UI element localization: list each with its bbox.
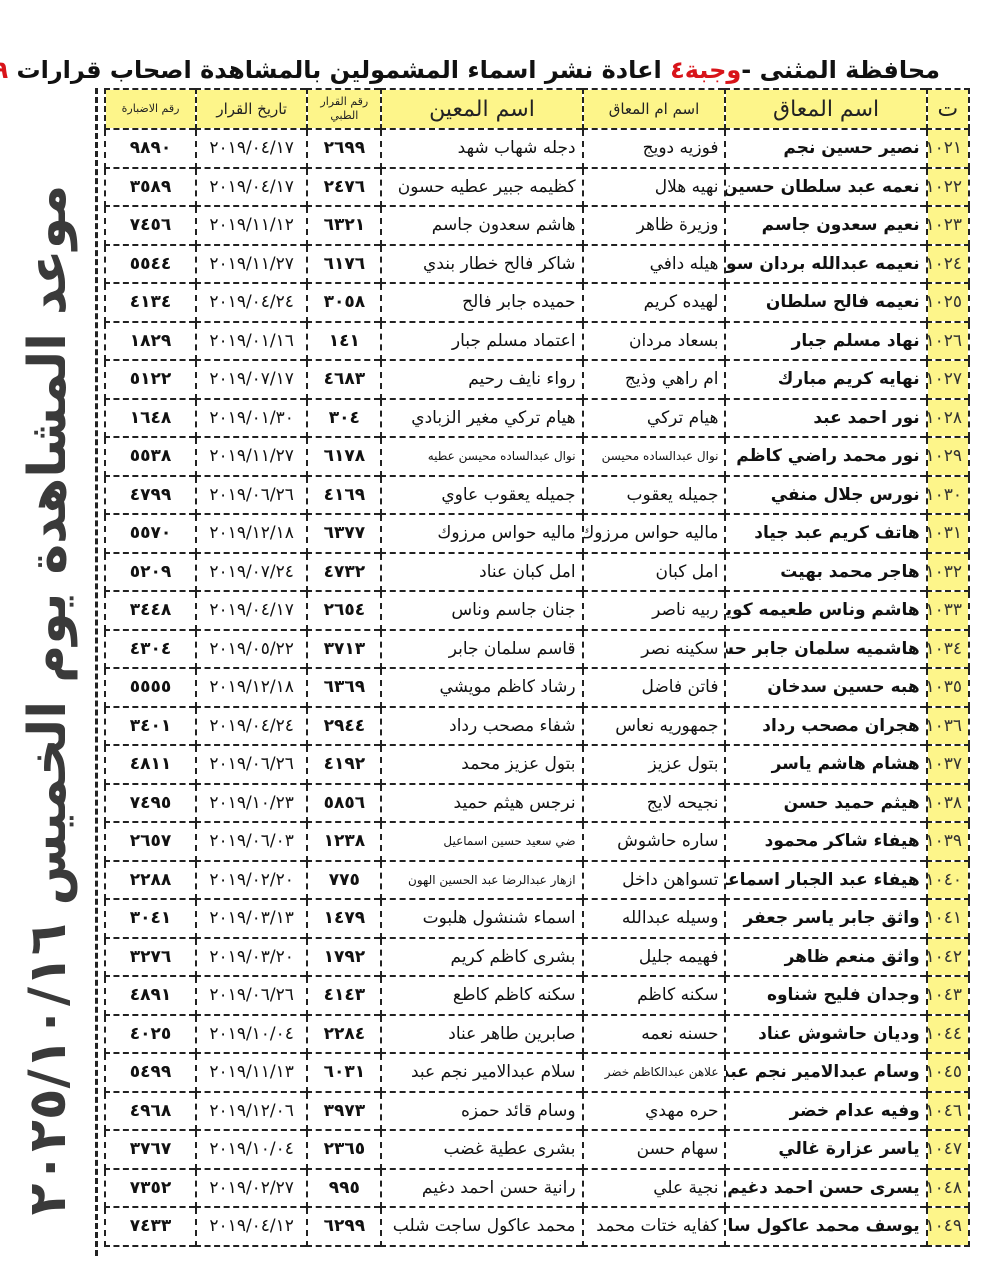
row-file-no: ٤٧٩٩ [105,476,196,515]
row-decision-date: ٢٠١٩/٠٤/٢٤ [196,283,307,322]
title-year: ٢٠١٩ [0,56,8,84]
table-row: ١٠٤٦وفيه عدام خضرحره مهديوسام قائد حمزه٣… [105,1092,969,1131]
row-seq: ١٠٤٣ [927,976,969,1015]
row-helper-name: ضي سعيد حسين اسماعيل [381,822,582,861]
row-medical-decision-no: ٢٦٥٤ [307,591,381,630]
row-seq: ١٠٢١ [927,129,969,168]
row-mother-name: لهيده كريم [583,283,726,322]
table-row: ١٠٤٤وديان حاشوش عنادحسنه نعمهصابرين طاهر… [105,1015,969,1054]
row-disabled-name: نعمه عبد سلطان حسين [725,168,926,207]
row-decision-date: ٢٠١٩/٠٣/١٣ [196,899,307,938]
viewing-date-banner: موعد المشاهدة يوم الخميس ٢٠٢٥/١٠/١٦ [8,150,88,1250]
row-mother-name: كفايه ختات محمد [583,1207,726,1246]
row-medical-decision-no: ٦١٧٦ [307,245,381,284]
row-medical-decision-no: ٦٣٧٧ [307,514,381,553]
row-helper-name: شفاء مصحب رداد [381,707,582,746]
row-medical-decision-no: ٦١٧٨ [307,437,381,476]
row-medical-decision-no: ٧٧٥ [307,861,381,900]
row-disabled-name: وسام عبدالامير نجم عبد [725,1053,926,1092]
row-file-no: ٢٦٥٧ [105,822,196,861]
row-medical-decision-no: ٤١٦٩ [307,476,381,515]
row-seq: ١٠٣٣ [927,591,969,630]
row-decision-date: ٢٠١٩/١١/١٣ [196,1053,307,1092]
row-file-no: ٧٤٣٣ [105,1207,196,1246]
row-medical-decision-no: ٣٧١٣ [307,630,381,669]
row-seq: ١٠٢٩ [927,437,969,476]
title-part2: اعادة نشر اسماء المشمولين بالمشاهدة اصحا… [8,56,670,84]
row-decision-date: ٢٠١٩/١٠/٢٣ [196,784,307,823]
row-disabled-name: واثق جابر ياسر جعفر [725,899,926,938]
viewing-date-text: موعد المشاهدة يوم الخميس ٢٠٢٥/١٠/١٦ [18,185,78,1216]
row-file-no: ٣٠٤١ [105,899,196,938]
table-row: ١٠٣٢هاجر محمد بهيتامل كبانامل كبان عناد٤… [105,553,969,592]
row-file-no: ٥٥٥٥ [105,668,196,707]
row-mother-name: حره مهدي [583,1092,726,1131]
row-medical-decision-no: ٢٢٨٤ [307,1015,381,1054]
row-helper-name: محمد عاكول ساجت شلب [381,1207,582,1246]
row-medical-decision-no: ٣٩٧٣ [307,1092,381,1131]
row-medical-decision-no: ٢٤٧٦ [307,168,381,207]
row-disabled-name: وفيه عدام خضر [725,1092,926,1131]
col-header-helper-name: اسم المعين [381,89,582,129]
row-helper-name: هاشم سعدون جاسم [381,206,582,245]
row-mother-name: بتول عزيز [583,745,726,784]
row-medical-decision-no: ٤١٤٣ [307,976,381,1015]
row-seq: ١٠٣٤ [927,630,969,669]
row-mother-name: نوال عبدالساده محيسن [583,437,726,476]
row-medical-decision-no: ١٤١ [307,322,381,361]
row-seq: ١٠٢٨ [927,399,969,438]
row-seq: ١٠٣٦ [927,707,969,746]
row-disabled-name: نور احمد عبد [725,399,926,438]
table-row: ١٠٢٩نور محمد راضي كاظمنوال عبدالساده محي… [105,437,969,476]
row-decision-date: ٢٠١٩/٠١/١٦ [196,322,307,361]
row-helper-name: بتول عزيز محمد [381,745,582,784]
row-seq: ١٠٤١ [927,899,969,938]
row-seq: ١٠٢٥ [927,283,969,322]
table-row: ١٠٢٥نعيمه فالح سلطانلهيده كريمحميده جابر… [105,283,969,322]
row-mother-name: وزيرة ظاهر [583,206,726,245]
row-medical-decision-no: ٣٠٤ [307,399,381,438]
col-header-seq: ت [927,89,969,129]
table-row: ١٠٢٦نهاد مسلم جباربسعاد مرداناعتماد مسلم… [105,322,969,361]
row-helper-name: ازهار عبدالرضا عبد الحسين الهون [381,861,582,900]
table-row: ١٠٣٧هشام هاشم ياسربتول عزيزبتول عزيز محم… [105,745,969,784]
row-seq: ١٠٢٢ [927,168,969,207]
row-medical-decision-no: ٤٦٨٣ [307,360,381,399]
row-mother-name: سهام حسن [583,1130,726,1169]
row-mother-name: ام راهي وذيج [583,360,726,399]
row-helper-name: بشرى كاظم كريم [381,938,582,977]
row-disabled-name: هاتف كريم عبد جياد [725,514,926,553]
row-mother-name: نهيه هلال [583,168,726,207]
beneficiaries-table: ت اسم المعاق اسم ام المعاق اسم المعين رق… [104,88,970,1247]
row-file-no: ٤٣٠٤ [105,630,196,669]
row-medical-decision-no: ١٤٧٩ [307,899,381,938]
row-disabled-name: نور محمد راضي كاظم [725,437,926,476]
row-mother-name: وسيله عبدالله [583,899,726,938]
row-file-no: ٤١٣٤ [105,283,196,322]
row-medical-decision-no: ١٧٩٢ [307,938,381,977]
row-helper-name: صابرين طاهر عناد [381,1015,582,1054]
table-row: ١٠٤٣وجدان فليح شناوهسكنه كاظمسكنه كاظم ك… [105,976,969,1015]
row-decision-date: ٢٠١٩/١٢/٠٦ [196,1092,307,1131]
table-row: ١٠٤١واثق جابر ياسر جعفروسيله عبداللهاسما… [105,899,969,938]
row-decision-date: ٢٠١٩/٠٢/٢٧ [196,1169,307,1208]
row-disabled-name: نورس جلال منفي [725,476,926,515]
row-decision-date: ٢٠١٩/٠١/٣٠ [196,399,307,438]
row-helper-name: ماليه حواس مرزوك [381,514,582,553]
row-decision-date: ٢٠١٩/٠٤/٢٤ [196,707,307,746]
table-body: ١٠٢١نصير حسين نجمفوزيه دويجدجله شهاب شهد… [105,129,969,1246]
row-helper-name: اسماء شنشول هلبوت [381,899,582,938]
row-file-no: ٧٣٥٢ [105,1169,196,1208]
table-row: ١٠٣١هاتف كريم عبد جيادماليه حواس مرزوكما… [105,514,969,553]
row-helper-name: هيام تركي مغير الزبادي [381,399,582,438]
row-medical-decision-no: ٢٩٤٤ [307,707,381,746]
row-mother-name: نجية علي [583,1169,726,1208]
table-row: ١٠٣٤هاشميه سلمان جابر حسنسكينه نصرقاسم س… [105,630,969,669]
table-row: ١٠٢١نصير حسين نجمفوزيه دويجدجله شهاب شهد… [105,129,969,168]
row-helper-name: دجله شهاب شهد [381,129,582,168]
row-seq: ١٠٤٥ [927,1053,969,1092]
row-file-no: ٥٥٣٨ [105,437,196,476]
row-mother-name: ساره حاشوش [583,822,726,861]
row-medical-decision-no: ٦٢٩٩ [307,1207,381,1246]
row-disabled-name: نهاد مسلم جبار [725,322,926,361]
row-seq: ١٠٤٢ [927,938,969,977]
row-disabled-name: نصير حسين نجم [725,129,926,168]
row-mother-name: امل كبان [583,553,726,592]
row-file-no: ٥٤٩٩ [105,1053,196,1092]
row-disabled-name: وديان حاشوش عناد [725,1015,926,1054]
table-row: ١٠٢٨نور احمد عبدهيام تركيهيام تركي مغير … [105,399,969,438]
col-header-disabled-name: اسم المعاق [725,89,926,129]
row-decision-date: ٢٠١٩/٠٤/١٢ [196,1207,307,1246]
table-row: ١٠٤٥وسام عبدالامير نجم عبدعلاهن عبدالكاظ… [105,1053,969,1092]
row-helper-name: كظيمه جبير عطيه حسون [381,168,582,207]
table-row: ١٠٣٥هبه حسين سدخانفاتن فاضلرشاد كاظم موي… [105,668,969,707]
row-decision-date: ٢٠١٩/١٢/١٨ [196,668,307,707]
row-disabled-name: هاجر محمد بهيت [725,553,926,592]
row-decision-date: ٢٠١٩/٠٦/٢٦ [196,745,307,784]
row-medical-decision-no: ٢٦٩٩ [307,129,381,168]
row-mother-name: ماليه حواس مرزوك [583,514,726,553]
row-medical-decision-no: ٦٠٣١ [307,1053,381,1092]
row-seq: ١٠٤٨ [927,1169,969,1208]
row-file-no: ٣٢٧٦ [105,938,196,977]
row-seq: ١٠٣٩ [927,822,969,861]
row-disabled-name: ياسر عزارة غالي [725,1130,926,1169]
row-helper-name: شاكر فالح خطار بندي [381,245,582,284]
row-decision-date: ٢٠١٩/٠٦/٢٦ [196,476,307,515]
row-file-no: ٣٥٨٩ [105,168,196,207]
row-medical-decision-no: ٥٨٥٦ [307,784,381,823]
row-mother-name: سكينه نصر [583,630,726,669]
table-row: ١٠٢٤نعيمه عبدالله بردان سواديهيله دافيشا… [105,245,969,284]
row-file-no: ٧٤٩٥ [105,784,196,823]
row-disabled-name: نعيم سعدون جاسم [725,206,926,245]
row-disabled-name: نعيمه فالح سلطان [725,283,926,322]
table-row: ١٠٢٣نعيم سعدون جاسموزيرة ظاهرهاشم سعدون … [105,206,969,245]
row-helper-name: رشاد كاظم مويشي [381,668,582,707]
row-disabled-name: هشام هاشم ياسر [725,745,926,784]
row-medical-decision-no: ٤٧٣٢ [307,553,381,592]
table-row: ١٠٤٨يسرى حسن احمد دغيمنجية عليرانية حسن … [105,1169,969,1208]
row-seq: ١٠٣٢ [927,553,969,592]
row-medical-decision-no: ١٢٣٨ [307,822,381,861]
row-disabled-name: واثق منعم ظاهر [725,938,926,977]
row-helper-name: جنان جاسم وناس [381,591,582,630]
row-medical-decision-no: ٦٣٢١ [307,206,381,245]
row-helper-name: سلام عبدالامير نجم عبد [381,1053,582,1092]
row-helper-name: بشرى عطية غضب [381,1130,582,1169]
row-medical-decision-no: ٦٣٦٩ [307,668,381,707]
table-header-row: ت اسم المعاق اسم ام المعاق اسم المعين رق… [105,89,969,129]
col-header-decision-date: تاريخ القرار [196,89,307,129]
row-decision-date: ٢٠١٩/١١/١٢ [196,206,307,245]
table-row: ١٠٣٦هجران مصحب ردادجمهوريه نعاسشفاء مصحب… [105,707,969,746]
row-medical-decision-no: ٢٣٦٥ [307,1130,381,1169]
row-medical-decision-no: ٩٩٥ [307,1169,381,1208]
table-row: ١٠٤٩يوسف محمد عاكول ساجتكفايه ختات محمدم… [105,1207,969,1246]
row-mother-name: هيام تركي [583,399,726,438]
table-row: ١٠٤٢واثق منعم ظاهرفهيمه جليلبشرى كاظم كر… [105,938,969,977]
title-batch: وجبة٤ [670,56,741,84]
row-mother-name: حسنه نعمه [583,1015,726,1054]
row-disabled-name: نهايه كريم مبارك [725,360,926,399]
row-seq: ١٠٢٦ [927,322,969,361]
row-file-no: ٩٨٩٠ [105,129,196,168]
page-title: محافظة المثنى -وجبة٤ اعادة نشر اسماء الم… [60,52,940,88]
row-seq: ١٠٣١ [927,514,969,553]
row-decision-date: ٢٠١٩/١٢/١٨ [196,514,307,553]
row-disabled-name: هبه حسين سدخان [725,668,926,707]
row-helper-name: وسام قائد حمزه [381,1092,582,1131]
col-header-mother-name: اسم ام المعاق [583,89,726,129]
row-mother-name: جمهوريه نعاس [583,707,726,746]
row-medical-decision-no: ٤١٩٢ [307,745,381,784]
row-decision-date: ٢٠١٩/١٠/٠٤ [196,1015,307,1054]
row-disabled-name: يسرى حسن احمد دغيم [725,1169,926,1208]
row-seq: ١٠٢٤ [927,245,969,284]
row-file-no: ٤٨٩١ [105,976,196,1015]
row-decision-date: ٢٠١٩/٠٤/١٧ [196,168,307,207]
row-mother-name: فاتن فاضل [583,668,726,707]
table-row: ١٠٣٠نورس جلال منفيجميله يعقوبجميله يعقوب… [105,476,969,515]
row-decision-date: ٢٠١٩/٠٧/١٧ [196,360,307,399]
table-row: ١٠٣٨هيثم حميد حسننجيحه لايجنرجس هيثم حمي… [105,784,969,823]
row-file-no: ٥٥٧٠ [105,514,196,553]
row-mother-name: تسواهن داخل [583,861,726,900]
row-mother-name: سكنه كاظم [583,976,726,1015]
row-mother-name: نجيحه لايج [583,784,726,823]
row-mother-name: علاهن عبدالكاظم خضر [583,1053,726,1092]
row-seq: ١٠٣٠ [927,476,969,515]
row-file-no: ٧٤٥٦ [105,206,196,245]
row-decision-date: ٢٠١٩/٠٦/٢٦ [196,976,307,1015]
row-decision-date: ٢٠١٩/١١/٢٧ [196,245,307,284]
row-mother-name: فوزيه دويج [583,129,726,168]
row-decision-date: ٢٠١٩/٠٣/٢٠ [196,938,307,977]
side-divider [95,88,98,1256]
row-decision-date: ٢٠١٩/١٠/٠٤ [196,1130,307,1169]
row-seq: ١٠٢٧ [927,360,969,399]
row-helper-name: نرجس هيثم حميد [381,784,582,823]
row-seq: ١٠٤٦ [927,1092,969,1131]
row-helper-name: قاسم سلمان جابر [381,630,582,669]
row-file-no: ٥١٢٢ [105,360,196,399]
row-decision-date: ٢٠١٩/٠٥/٢٢ [196,630,307,669]
row-seq: ١٠٤٧ [927,1130,969,1169]
row-seq: ١٠٤٩ [927,1207,969,1246]
row-decision-date: ٢٠١٩/٠٧/٢٤ [196,553,307,592]
row-mother-name: هيله دافي [583,245,726,284]
row-file-no: ٣٧٦٧ [105,1130,196,1169]
table-row: ١٠٤٠هيفاء عبد الجبار اسماعيلتسواهن داخلا… [105,861,969,900]
row-helper-name: امل كبان عناد [381,553,582,592]
table-row: ١٠٣٣هاشم وناس طعيمه كويمربيه ناصرجنان جا… [105,591,969,630]
row-disabled-name: يوسف محمد عاكول ساجت [725,1207,926,1246]
row-file-no: ٢٢٨٨ [105,861,196,900]
row-seq: ١٠٤٤ [927,1015,969,1054]
row-helper-name: جميله يعقوب عاوي [381,476,582,515]
row-file-no: ٤٨١١ [105,745,196,784]
row-disabled-name: هاشميه سلمان جابر حسن [725,630,926,669]
col-header-file-no: رقم الاضبارة [105,89,196,129]
table-row: ١٠٤٧ياسر عزارة غاليسهام حسنبشرى عطية غضب… [105,1130,969,1169]
row-seq: ١٠٣٧ [927,745,969,784]
table-row: ١٠٢٢نعمه عبد سلطان حسيننهيه هلالكظيمه جب… [105,168,969,207]
row-mother-name: فهيمه جليل [583,938,726,977]
row-disabled-name: هيفاء شاكر محمود [725,822,926,861]
row-disabled-name: هجران مصحب رداد [725,707,926,746]
row-seq: ١٠٣٥ [927,668,969,707]
col-header-medical-decision-no: رقم القرار الطبي [307,89,381,129]
table-row: ١٠٣٩هيفاء شاكر محمودساره حاشوشضي سعيد حس… [105,822,969,861]
row-file-no: ٥٥٤٤ [105,245,196,284]
row-disabled-name: هاشم وناس طعيمه كويم [725,591,926,630]
row-helper-name: اعتماد مسلم جبار [381,322,582,361]
row-disabled-name: وجدان فليح شناوه [725,976,926,1015]
row-mother-name: بسعاد مردان [583,322,726,361]
table-row: ١٠٢٧نهايه كريم مباركام راهي وذيجرواء ناي… [105,360,969,399]
row-helper-name: رواء نايف رحيم [381,360,582,399]
row-helper-name: سكنه كاظم كاطع [381,976,582,1015]
row-disabled-name: هيثم حميد حسن [725,784,926,823]
row-file-no: ١٨٢٩ [105,322,196,361]
row-file-no: ٤٠٢٥ [105,1015,196,1054]
title-part1: محافظة المثنى - [741,56,940,84]
row-file-no: ٥٢٠٩ [105,553,196,592]
row-seq: ١٠٣٨ [927,784,969,823]
row-helper-name: نوال عبدالساده محيسن عطيه [381,437,582,476]
row-decision-date: ٢٠١٩/٠٤/١٧ [196,591,307,630]
row-disabled-name: نعيمه عبدالله بردان سوادي [725,245,926,284]
row-decision-date: ٢٠١٩/٠٤/١٧ [196,129,307,168]
row-file-no: ٣٤٠١ [105,707,196,746]
row-mother-name: ربيه ناصر [583,591,726,630]
row-file-no: ٣٤٤٨ [105,591,196,630]
row-file-no: ١٦٤٨ [105,399,196,438]
row-file-no: ٤٩٦٨ [105,1092,196,1131]
row-disabled-name: هيفاء عبد الجبار اسماعيل [725,861,926,900]
row-helper-name: حميده جابر فالح [381,283,582,322]
row-medical-decision-no: ٣٠٥٨ [307,283,381,322]
row-mother-name: جميله يعقوب [583,476,726,515]
row-seq: ١٠٢٣ [927,206,969,245]
row-seq: ١٠٤٠ [927,861,969,900]
row-decision-date: ٢٠١٩/٠٢/٢٠ [196,861,307,900]
row-helper-name: رانية حسن احمد دغيم [381,1169,582,1208]
row-decision-date: ٢٠١٩/٠٦/٠٣ [196,822,307,861]
row-decision-date: ٢٠١٩/١١/٢٧ [196,437,307,476]
